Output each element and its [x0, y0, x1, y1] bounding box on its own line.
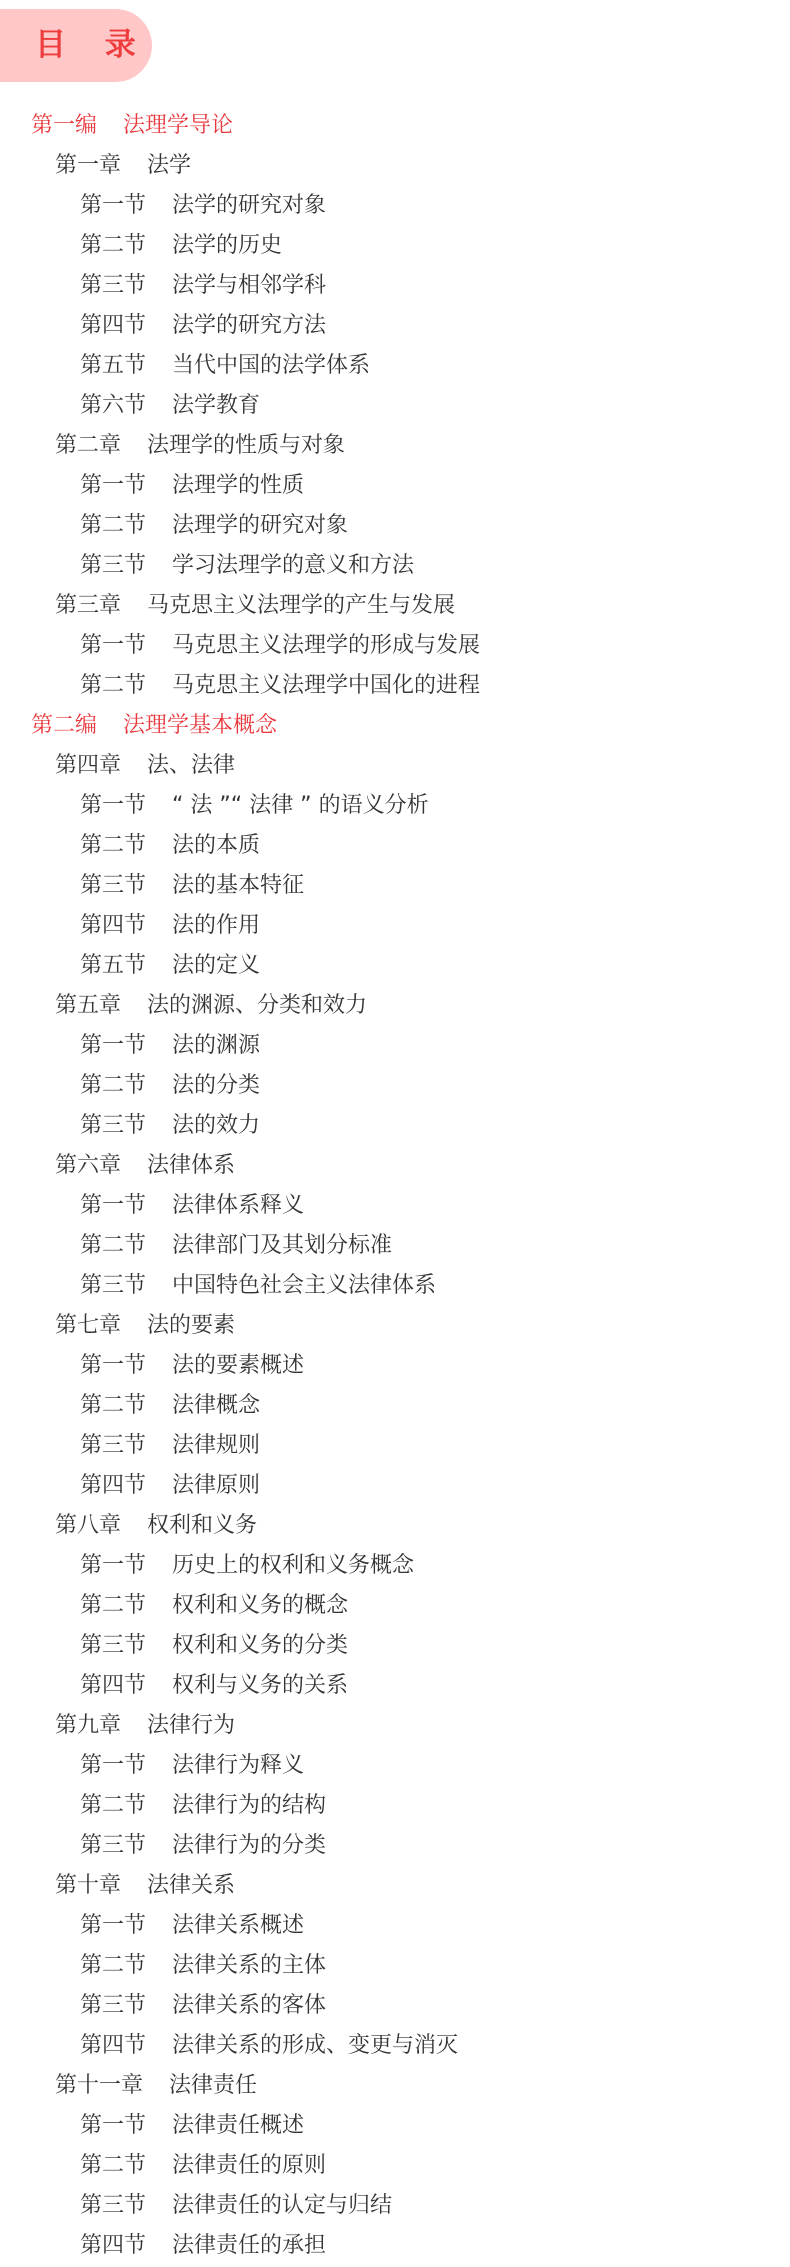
toc-entry-title: 法律体系释义 [172, 1186, 304, 1226]
toc-section-entry[interactable]: 第二节法律关系的主体 [0, 1946, 480, 1986]
toc-entry-title: 马克思主义法理学的形成与发展 [172, 626, 480, 666]
toc-section-entry[interactable]: 第三节法学与相邻学科 [0, 266, 480, 306]
toc-chapter-entry[interactable]: 第八章权利和义务 [0, 1506, 480, 1546]
toc-entry-title: 法律责任 [169, 2066, 257, 2106]
toc-entry-number: 第四章 [55, 746, 121, 786]
toc-entry-title: 法律关系的客体 [172, 1986, 326, 2026]
toc-entry-number: 第三节 [80, 546, 146, 586]
toc-section-entry[interactable]: 第一节法律体系释义 [0, 1186, 480, 1226]
toc-entry-number: 第三节 [80, 866, 146, 906]
toc-entry-number: 第六节 [80, 386, 146, 426]
toc-entry-title: 法的基本特征 [172, 866, 304, 906]
toc-part-entry[interactable]: 第二编法理学基本概念 [0, 706, 480, 746]
toc-entry-number: 第三章 [55, 586, 121, 626]
toc-entry-number: 第一节 [80, 626, 146, 666]
toc-entry-title: 法律关系的形成、变更与消灭 [172, 2026, 458, 2066]
toc-chapter-entry[interactable]: 第十一章法律责任 [0, 2066, 480, 2106]
toc-entry-title: 法学的历史 [172, 226, 282, 266]
toc-entry-title: 马克思主义法理学的产生与发展 [147, 586, 455, 626]
toc-entry-number: 第一节 [80, 186, 146, 226]
toc-section-entry[interactable]: 第二节法律行为的结构 [0, 1786, 480, 1826]
toc-entry-title: 法的渊源 [172, 1026, 260, 1066]
toc-entry-number: 第二节 [80, 506, 146, 546]
toc-section-entry[interactable]: 第四节权利与义务的关系 [0, 1666, 480, 1706]
toc-entry-title: 法律规则 [172, 1426, 260, 1466]
toc-entry-number: 第四节 [80, 906, 146, 946]
toc-entry-number: 第四节 [80, 2026, 146, 2066]
toc-entry-title: 法律关系概述 [172, 1906, 304, 1946]
toc-section-entry[interactable]: 第二节法的本质 [0, 826, 480, 866]
toc-entry-title: 法律责任的认定与归结 [172, 2186, 392, 2226]
toc-entry-number: 第三节 [80, 1626, 146, 1666]
toc-section-entry[interactable]: 第三节法律规则 [0, 1426, 480, 1466]
toc-entry-number: 第一节 [80, 1546, 146, 1586]
toc-chapter-entry[interactable]: 第五章法的渊源、分类和效力 [0, 986, 480, 1026]
toc-entry-title: 法理学的性质 [172, 466, 304, 506]
toc-entry-number: 第十一章 [55, 2066, 143, 2106]
toc-section-entry[interactable]: 第五节当代中国的法学体系 [0, 346, 480, 386]
toc-entry-number: 第一节 [80, 466, 146, 506]
toc-entry-number: 第一编 [31, 106, 97, 146]
toc-section-entry[interactable]: 第三节法律行为的分类 [0, 1826, 480, 1866]
toc-entry-title: 法律原则 [172, 1466, 260, 1506]
toc-entry-title: 法学的研究方法 [172, 306, 326, 346]
toc-entry-number: 第七章 [55, 1306, 121, 1346]
toc-entry-number: 第一节 [80, 1186, 146, 1226]
toc-entry-title: 法学的研究对象 [172, 186, 326, 226]
toc-section-entry[interactable]: 第四节法律原则 [0, 1466, 480, 1506]
toc-chapter-entry[interactable]: 第二章法理学的性质与对象 [0, 426, 480, 466]
toc-entry-title: 法律关系的主体 [172, 1946, 326, 1986]
toc-section-entry[interactable]: 第四节法的作用 [0, 906, 480, 946]
toc-entry-title: 法的渊源、分类和效力 [147, 986, 367, 1026]
toc-entry-title: 法的要素 [147, 1306, 235, 1346]
toc-entry-number: 第五章 [55, 986, 121, 1026]
toc-entry-title: “ 法 ”“ 法律 ” 的语义分析 [172, 786, 429, 826]
toc-entry-title: 法的定义 [172, 946, 260, 986]
toc-section-entry[interactable]: 第三节法律关系的客体 [0, 1986, 480, 2026]
toc-part-entry[interactable]: 第一编法理学导论 [0, 106, 480, 146]
toc-entry-title: 马克思主义法理学中国化的进程 [172, 666, 480, 706]
toc-chapter-entry[interactable]: 第六章法律体系 [0, 1146, 480, 1186]
toc-entry-title: 法的要素概述 [172, 1346, 304, 1386]
toc-section-entry[interactable]: 第四节法律关系的形成、变更与消灭 [0, 2026, 480, 2066]
toc-entry-number: 第二节 [80, 1386, 146, 1426]
toc-entry-number: 第二节 [80, 1586, 146, 1626]
toc-entry-number: 第九章 [55, 1706, 121, 1746]
toc-section-entry[interactable]: 第二节法学的历史 [0, 226, 480, 266]
toc-section-entry[interactable]: 第三节法的效力 [0, 1106, 480, 1146]
toc-chapter-entry[interactable]: 第九章法律行为 [0, 1706, 480, 1746]
toc-entry-number: 第三节 [80, 1986, 146, 2026]
toc-chapter-entry[interactable]: 第三章马克思主义法理学的产生与发展 [0, 586, 480, 626]
toc-section-entry[interactable]: 第二节法理学的研究对象 [0, 506, 480, 546]
toc-entry-title: 历史上的权利和义务概念 [172, 1546, 414, 1586]
toc-entry-number: 第五节 [80, 946, 146, 986]
toc-entry-title: 法的本质 [172, 826, 260, 866]
toc-chapter-entry[interactable]: 第十章法律关系 [0, 1866, 480, 1906]
toc-section-entry[interactable]: 第二节法律责任的原则 [0, 2146, 480, 2186]
toc-entry-title: 法的作用 [172, 906, 260, 946]
toc-entry-number: 第二节 [80, 1066, 146, 1106]
toc-entry-number: 第四节 [80, 1666, 146, 1706]
toc-section-entry[interactable]: 第三节中国特色社会主义法律体系 [0, 1266, 480, 1306]
page-title: 目 录 [35, 30, 150, 61]
toc-entry-title: 权利和义务的概念 [172, 1586, 348, 1626]
toc-section-entry[interactable]: 第一节马克思主义法理学的形成与发展 [0, 626, 480, 666]
toc-section-entry[interactable]: 第一节法律关系概述 [0, 1906, 480, 1946]
toc-chapter-entry[interactable]: 第七章法的要素 [0, 1306, 480, 1346]
toc-section-entry[interactable]: 第三节法律责任的认定与归结 [0, 2186, 480, 2226]
toc-entry-title: 法律责任概述 [172, 2106, 304, 2146]
toc-entry-number: 第三节 [80, 1426, 146, 1466]
toc-chapter-entry[interactable]: 第一章法学 [0, 146, 480, 186]
toc-section-entry[interactable]: 第一节历史上的权利和义务概念 [0, 1546, 480, 1586]
toc-entry-number: 第一节 [80, 786, 146, 826]
toc-entry-title: 法律行为 [147, 1706, 235, 1746]
toc-entry-title: 法律体系 [147, 1146, 235, 1186]
toc-section-entry[interactable]: 第二节法律概念 [0, 1386, 480, 1426]
toc-entry-title: 法律行为释义 [172, 1746, 304, 1786]
toc-entry-number: 第三节 [80, 1266, 146, 1306]
toc-entry-title: 法律责任的承担 [172, 2226, 326, 2266]
toc-entry-number: 第五节 [80, 346, 146, 386]
toc-entry-title: 学习法理学的意义和方法 [172, 546, 414, 586]
toc-entry-number: 第四节 [80, 306, 146, 346]
toc-section-entry[interactable]: 第二节法的分类 [0, 1066, 480, 1106]
toc-section-entry[interactable]: 第四节法律责任的承担 [0, 2226, 480, 2266]
toc-entry-number: 第一节 [80, 1906, 146, 1946]
toc-section-entry[interactable]: 第一节法的要素概述 [0, 1346, 480, 1386]
toc-section-entry[interactable]: 第一节法的渊源 [0, 1026, 480, 1066]
toc-entry-title: 法理学的性质与对象 [147, 426, 345, 466]
toc-section-entry[interactable]: 第三节权利和义务的分类 [0, 1626, 480, 1666]
toc-entry-number: 第一章 [55, 146, 121, 186]
toc-section-entry[interactable]: 第一节法理学的性质 [0, 466, 480, 506]
toc-entry-title: 当代中国的法学体系 [172, 346, 370, 386]
toc-section-entry[interactable]: 第五节法的定义 [0, 946, 480, 986]
toc-entry-number: 第三节 [80, 1826, 146, 1866]
toc-entry-number: 第二编 [31, 706, 97, 746]
toc-section-entry[interactable]: 第三节学习法理学的意义和方法 [0, 546, 480, 586]
toc-section-entry[interactable]: 第一节“ 法 ”“ 法律 ” 的语义分析 [0, 786, 480, 826]
toc-entry-title: 法律行为的结构 [172, 1786, 326, 1826]
toc-header-banner: 目 录 [0, 9, 152, 82]
toc-entry-title: 法学与相邻学科 [172, 266, 326, 306]
toc-section-entry[interactable]: 第六节法学教育 [0, 386, 480, 426]
toc-section-entry[interactable]: 第三节法的基本特征 [0, 866, 480, 906]
toc-entry-number: 第二节 [80, 2146, 146, 2186]
toc-entry-number: 第三节 [80, 266, 146, 306]
toc-entry-number: 第二节 [80, 226, 146, 266]
toc-entry-title: 法律责任的原则 [172, 2146, 326, 2186]
toc-entry-number: 第十章 [55, 1866, 121, 1906]
toc-entry-title: 法、法律 [147, 746, 235, 786]
toc-entry-title: 法理学基本概念 [123, 706, 277, 746]
toc-section-entry[interactable]: 第二节法律部门及其划分标准 [0, 1226, 480, 1266]
toc-entry-number: 第一节 [80, 2106, 146, 2146]
toc-entry-number: 第二节 [80, 1226, 146, 1266]
toc-entry-number: 第六章 [55, 1146, 121, 1186]
toc-entry-number: 第三节 [80, 2186, 146, 2226]
toc-entry-title: 法律部门及其划分标准 [172, 1226, 392, 1266]
toc-entry-title: 权利和义务的分类 [172, 1626, 348, 1666]
toc-entry-title: 中国特色社会主义法律体系 [172, 1266, 436, 1306]
toc-entry-title: 法的分类 [172, 1066, 260, 1106]
toc-entry-title: 法理学导论 [123, 106, 233, 146]
toc-entry-title: 法理学的研究对象 [172, 506, 348, 546]
toc-entry-title: 法学教育 [172, 386, 260, 426]
toc-entry-title: 权利和义务 [147, 1506, 257, 1546]
toc-entry-number: 第二节 [80, 826, 146, 866]
toc-entry-title: 法律行为的分类 [172, 1826, 326, 1866]
toc-entry-number: 第八章 [55, 1506, 121, 1546]
toc-entry-number: 第一节 [80, 1346, 146, 1386]
toc-entry-title: 法律关系 [147, 1866, 235, 1906]
toc-entry-number: 第二章 [55, 426, 121, 466]
toc-entry-number: 第四节 [80, 1466, 146, 1506]
toc-section-entry[interactable]: 第二节权利和义务的概念 [0, 1586, 480, 1626]
toc-entry-title: 权利与义务的关系 [172, 1666, 348, 1706]
toc-section-entry[interactable]: 第四节法学的研究方法 [0, 306, 480, 346]
table-of-contents: 第一编法理学导论第一章法学第一节法学的研究对象第二节法学的历史第三节法学与相邻学… [0, 106, 480, 2266]
toc-section-entry[interactable]: 第一节法学的研究对象 [0, 186, 480, 226]
toc-entry-title: 法的效力 [172, 1106, 260, 1146]
toc-section-entry[interactable]: 第二节马克思主义法理学中国化的进程 [0, 666, 480, 706]
toc-entry-number: 第二节 [80, 1946, 146, 1986]
toc-entry-title: 法学 [147, 146, 191, 186]
toc-section-entry[interactable]: 第一节法律行为释义 [0, 1746, 480, 1786]
toc-chapter-entry[interactable]: 第四章法、法律 [0, 746, 480, 786]
toc-entry-number: 第三节 [80, 1106, 146, 1146]
toc-entry-title: 法律概念 [172, 1386, 260, 1426]
toc-entry-number: 第四节 [80, 2226, 146, 2266]
toc-entry-number: 第二节 [80, 1786, 146, 1826]
toc-section-entry[interactable]: 第一节法律责任概述 [0, 2106, 480, 2146]
toc-entry-number: 第一节 [80, 1026, 146, 1066]
toc-entry-number: 第二节 [80, 666, 146, 706]
toc-entry-number: 第一节 [80, 1746, 146, 1786]
